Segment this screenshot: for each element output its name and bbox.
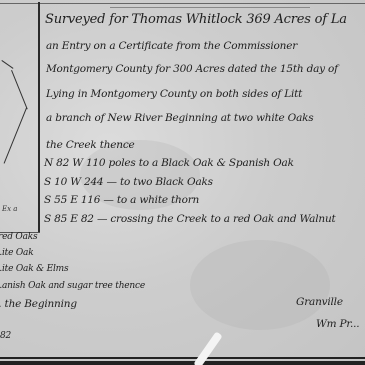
signature-line-2: Wm Pr... xyxy=(316,318,359,330)
document-scan: Ex a Surveyed for Thomas Whitlock 369 Ac… xyxy=(0,0,365,365)
frame-vertical-line xyxy=(38,2,40,232)
survey-header-line-3: Montgomery County for 300 Acres dated th… xyxy=(46,63,338,75)
signature-line-1: Granville xyxy=(296,296,343,308)
paper-tear xyxy=(193,331,222,365)
call-description: — to two Black Oaks xyxy=(107,176,213,188)
plat-boundary-line xyxy=(1,60,13,69)
survey-header-line-4: Lying in Montgomery County on both sides… xyxy=(46,88,302,100)
survey-header-line-1: Surveyed for Thomas Whitlock 369 Acres o… xyxy=(45,12,347,27)
survey-header-line-5: a branch of New River Beginning at two w… xyxy=(46,112,313,124)
plat-boundary-line xyxy=(11,70,28,109)
survey-call-line: S 55 E 116 — to a white thorn xyxy=(44,194,199,206)
call-description: poles to a Black Oak & Spanish Oak xyxy=(109,157,294,169)
survey-call-line: S 85 E 82 — crossing the Creek to a red … xyxy=(44,213,336,225)
call-bearing: S 55 E 116 xyxy=(44,194,100,206)
fragment-line: ... the Beginning xyxy=(0,298,77,310)
call-bearing: S 85 E 82 xyxy=(44,213,94,225)
call-description: — crossing the Creek to a red Oak and Wa… xyxy=(97,213,336,225)
top-ruled-line xyxy=(110,7,310,8)
bottom-border-line xyxy=(0,357,365,359)
fragment-line: ...82 xyxy=(0,331,11,341)
fragment-line: ...anish Oak and sugar tree thence xyxy=(0,281,145,291)
top-ruled-line xyxy=(0,3,365,4)
plat-boundary-line xyxy=(3,108,27,164)
survey-call-line: N 82 W 110 poles to a Black Oak & Spanis… xyxy=(44,157,294,169)
survey-call-line: S 10 W 244 — to two Black Oaks xyxy=(44,176,213,188)
call-bearing: S 10 W 244 xyxy=(44,176,103,188)
fragment-line: ...red Oaks xyxy=(0,232,37,242)
paper-stain xyxy=(190,240,330,330)
call-bearing: N 82 W 110 xyxy=(44,157,105,169)
fragment-line: ...ite Oak & Elms xyxy=(0,264,68,274)
bottom-border-line xyxy=(0,361,365,365)
plat-label: Ex a xyxy=(2,205,17,213)
call-description: — to a white thorn xyxy=(103,194,199,206)
survey-header-line-2: an Entry on a Certificate from the Commi… xyxy=(46,40,297,52)
survey-call-line: the Creek thence xyxy=(46,139,135,151)
fragment-line: ...ite Oak xyxy=(0,248,33,258)
